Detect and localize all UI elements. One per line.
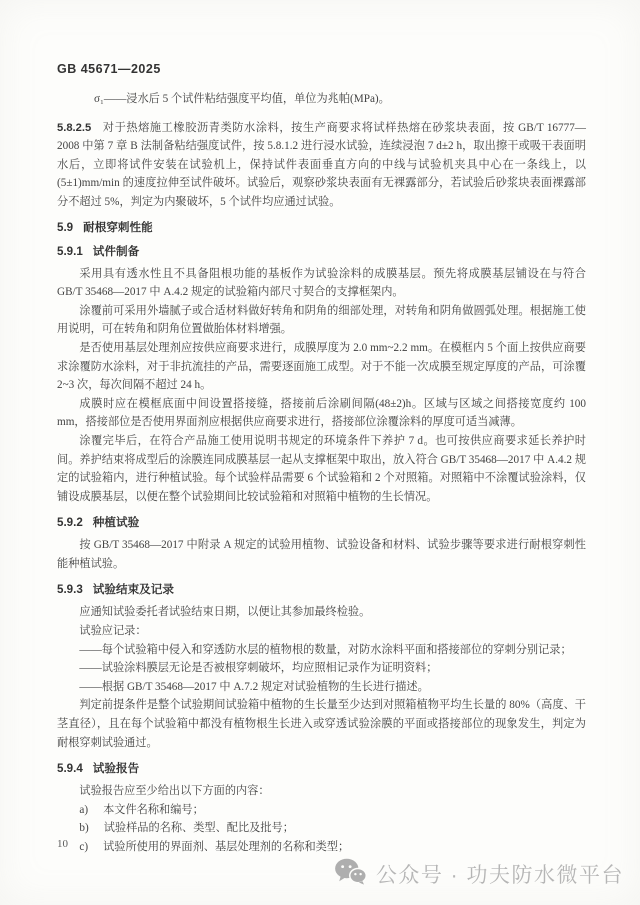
lettered-list-item: a)本文件名称和编号；	[57, 801, 586, 820]
clause-5-8-2-5: 5.8.2.5对于热熔施工橡胶沥青类防水涂料，按生产商要求将试样热熔在砂浆块表面…	[57, 119, 586, 212]
scanned-document-page: GB 45671—2025 σ₁——浸水后 5 个试件粘结强度平均值，单位为兆帕…	[0, 0, 640, 905]
section-heading-5-9-4: 5.9.4试验报告	[57, 761, 586, 776]
page-number: 10	[57, 838, 68, 850]
clause-number: 5.8.2.5	[57, 122, 91, 134]
paragraph: 按 GB/T 35468—2017 中附录 A 规定的试验用植物、试验设备和材料…	[57, 536, 586, 573]
paragraph: 应通知试验委托者试验结束日期，以便让其参加最终检验。	[57, 603, 586, 622]
paragraph: 判定前提条件是整个试验期间试验箱中植物的生长量至少达到对照箱植物平均生长量的 8…	[57, 696, 586, 752]
section-number: 5.9.1	[57, 245, 83, 258]
wechat-icon	[334, 858, 367, 890]
section-heading-5-9-2: 5.9.2种植试验	[57, 515, 586, 530]
item-label: c)	[79, 841, 88, 853]
paragraph: 试验报告应至少给出以下方面的内容：	[57, 782, 586, 801]
section-number: 5.9.4	[57, 762, 83, 775]
symbol-definition-sigma: σ₁——浸水后 5 个试件粘结强度平均值，单位为兆帕(MPa)。	[57, 90, 586, 109]
dash-list-item: ——每个试验箱中侵入和穿透防水层的植物根的数量，对防水涂料平面和搭接部位的穿刺分…	[57, 641, 586, 660]
section-heading-5-9-1: 5.9.1试件制备	[57, 244, 586, 259]
section-number: 5.9	[57, 221, 73, 234]
lettered-list-item: b)试验样品的名称、类型、配比及批号；	[57, 819, 586, 838]
section-heading-5-9: 5.9耐根穿刺性能	[57, 220, 586, 235]
item-text: 本文件名称和编号；	[103, 804, 204, 816]
item-label: a)	[79, 804, 88, 816]
paragraph: 是否使用基层处理剂应按供应商要求进行，成膜厚度为 2.0 mm~2.2 mm。在…	[57, 339, 586, 395]
lettered-list-item: c)试验所使用的界面剂、基层处理剂的名称和类型；	[57, 838, 586, 857]
wechat-watermark: 公众号 · 功夫防水微平台	[334, 858, 624, 890]
paragraph: 涂覆完毕后，在符合产品施工使用说明书规定的环境条件下养护 7 d。也可按供应商要…	[57, 432, 586, 506]
standard-number-header: GB 45671—2025	[57, 62, 586, 77]
paragraph: 成膜时应在模框底面中间设置搭接缝，搭接前后涂刷间隔(48±2)h。区域与区域之间…	[57, 395, 586, 432]
paragraph: 涂覆前可采用外墙腻子或合适材料做好转角和阴角的细部处理，对转角和阴角做圆弧处理。…	[57, 302, 586, 339]
section-title: 试件制备	[93, 245, 139, 258]
dash-list-item: ——根据 GB/T 35468—2017 中 A.7.2 规定对试验植物的生长进…	[57, 678, 586, 697]
dash-list-item: ——试验涂料膜层无论是否被根穿刺破坏，均应照相记录作为证明资料；	[57, 659, 586, 678]
section-number: 5.9.2	[57, 516, 83, 529]
section-title: 试验报告	[93, 762, 139, 775]
section-title: 种植试验	[93, 516, 139, 529]
watermark-text: 公众号 · 功夫防水微平台	[376, 859, 624, 889]
item-label: b)	[79, 822, 88, 834]
clause-text: 对于热熔施工橡胶沥青类防水涂料，按生产商要求将试样热熔在砂浆块表面，按 GB/T…	[57, 122, 586, 208]
item-text: 试验样品的名称、类型、配比及批号；	[104, 822, 294, 834]
section-title: 试验结束及记录	[93, 583, 174, 596]
item-text: 试验所使用的界面剂、基层处理剂的名称和类型；	[103, 841, 349, 853]
paragraph: 采用具有透水性且不具备阻根功能的基板作为试验涂料的成膜基层。预先将成膜基层铺设在…	[57, 265, 586, 302]
paragraph: 试验应记录：	[57, 622, 586, 641]
section-title: 耐根穿刺性能	[83, 221, 153, 234]
section-heading-5-9-3: 5.9.3试验结束及记录	[57, 582, 586, 597]
document-content: GB 45671—2025 σ₁——浸水后 5 个试件粘结强度平均值，单位为兆帕…	[57, 62, 586, 857]
section-number: 5.9.3	[57, 583, 83, 596]
